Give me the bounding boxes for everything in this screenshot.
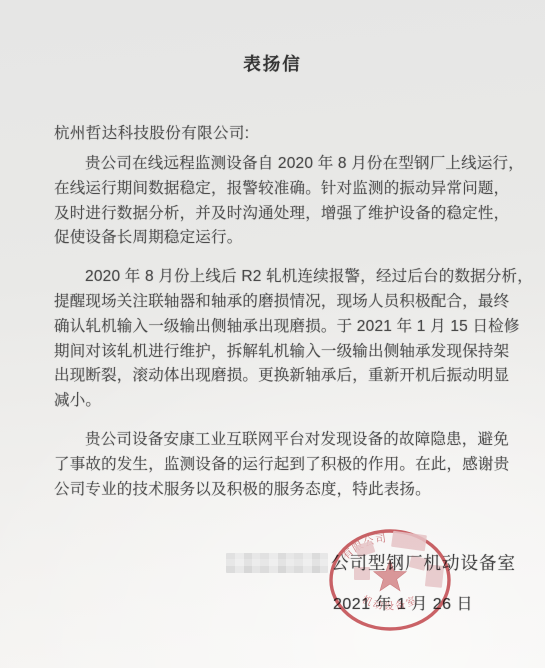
paragraph-line: 确认轧机输入一级输出侧轴承出现磨损。于 2021 年 1 月 15 日检修 — [54, 315, 494, 340]
paragraph: 贵公司设备安康工业互联网平台对发现设备的故障隐患，避免了事故的发生，监测设备的运… — [54, 428, 494, 502]
paragraph-line: 及时进行数据分析，并及时沟通处理，增强了维护设备的稳定性， — [54, 202, 494, 227]
paragraph-line: 贵公司设备安康工业互联网平台对发现设备的故障隐患，避免 — [54, 428, 494, 453]
paragraph: 贵公司在线远程监测设备自 2020 年 8 月份在型钢厂上线运行，在线运行期间数… — [54, 152, 494, 251]
paragraph-line: 2020 年 8 月份上线后 R2 轧机连续报警，经过后台的数据分析， — [54, 265, 494, 290]
paragraph: 2020 年 8 月份上线后 R2 轧机连续报警，经过后台的数据分析，提醒现场关… — [54, 265, 494, 414]
paragraph-line: 期间对该轧机进行维护，拆解轧机输入一级输出侧轴承发现保持架 — [54, 340, 494, 365]
paragraph-line: 公司专业的技术服务以及积极的服务态度，特此表扬。 — [54, 478, 494, 503]
scanned-letter-page: 表扬信 杭州哲达科技股份有限公司: 贵公司在线远程监测设备自 2020 年 8 … — [0, 0, 545, 668]
paragraph-line: 促使设备长周期稳定运行。 — [54, 226, 494, 251]
paragraph-line: 提醒现场关注联轴器和轴承的磨损情况，现场人员积极配合，最终 — [54, 290, 494, 315]
letter-body: 贵公司在线远程监测设备自 2020 年 8 月份在型钢厂上线运行，在线运行期间数… — [54, 152, 494, 516]
paragraph-line: 减小。 — [54, 389, 494, 414]
seal-bottom-arc-text: 机动设备室 — [360, 593, 420, 613]
redacted-mosaic — [226, 553, 328, 573]
letter-title: 表扬信 — [0, 51, 545, 76]
paragraph-line: 了事故的发生，监测设备的运行起到了积极的作用。在此，感谢贵 — [54, 453, 494, 478]
company-seal-stamp: 有限公司 机动设备室 — [326, 527, 454, 635]
paragraph-line: 贵公司在线远程监测设备自 2020 年 8 月份在型钢厂上线运行， — [54, 152, 494, 177]
svg-text:机动设备室: 机动设备室 — [360, 593, 420, 613]
paragraph-line: 在线运行期间数据稳定，报警较准确。针对监测的振动异常问题， — [54, 177, 494, 202]
salutation: 杭州哲达科技股份有限公司: — [54, 121, 250, 143]
paragraph-line: 出现断裂，滚动体出现磨损。更换新轴承后，重新开机后振动明显 — [54, 364, 494, 389]
star-icon — [374, 560, 406, 591]
